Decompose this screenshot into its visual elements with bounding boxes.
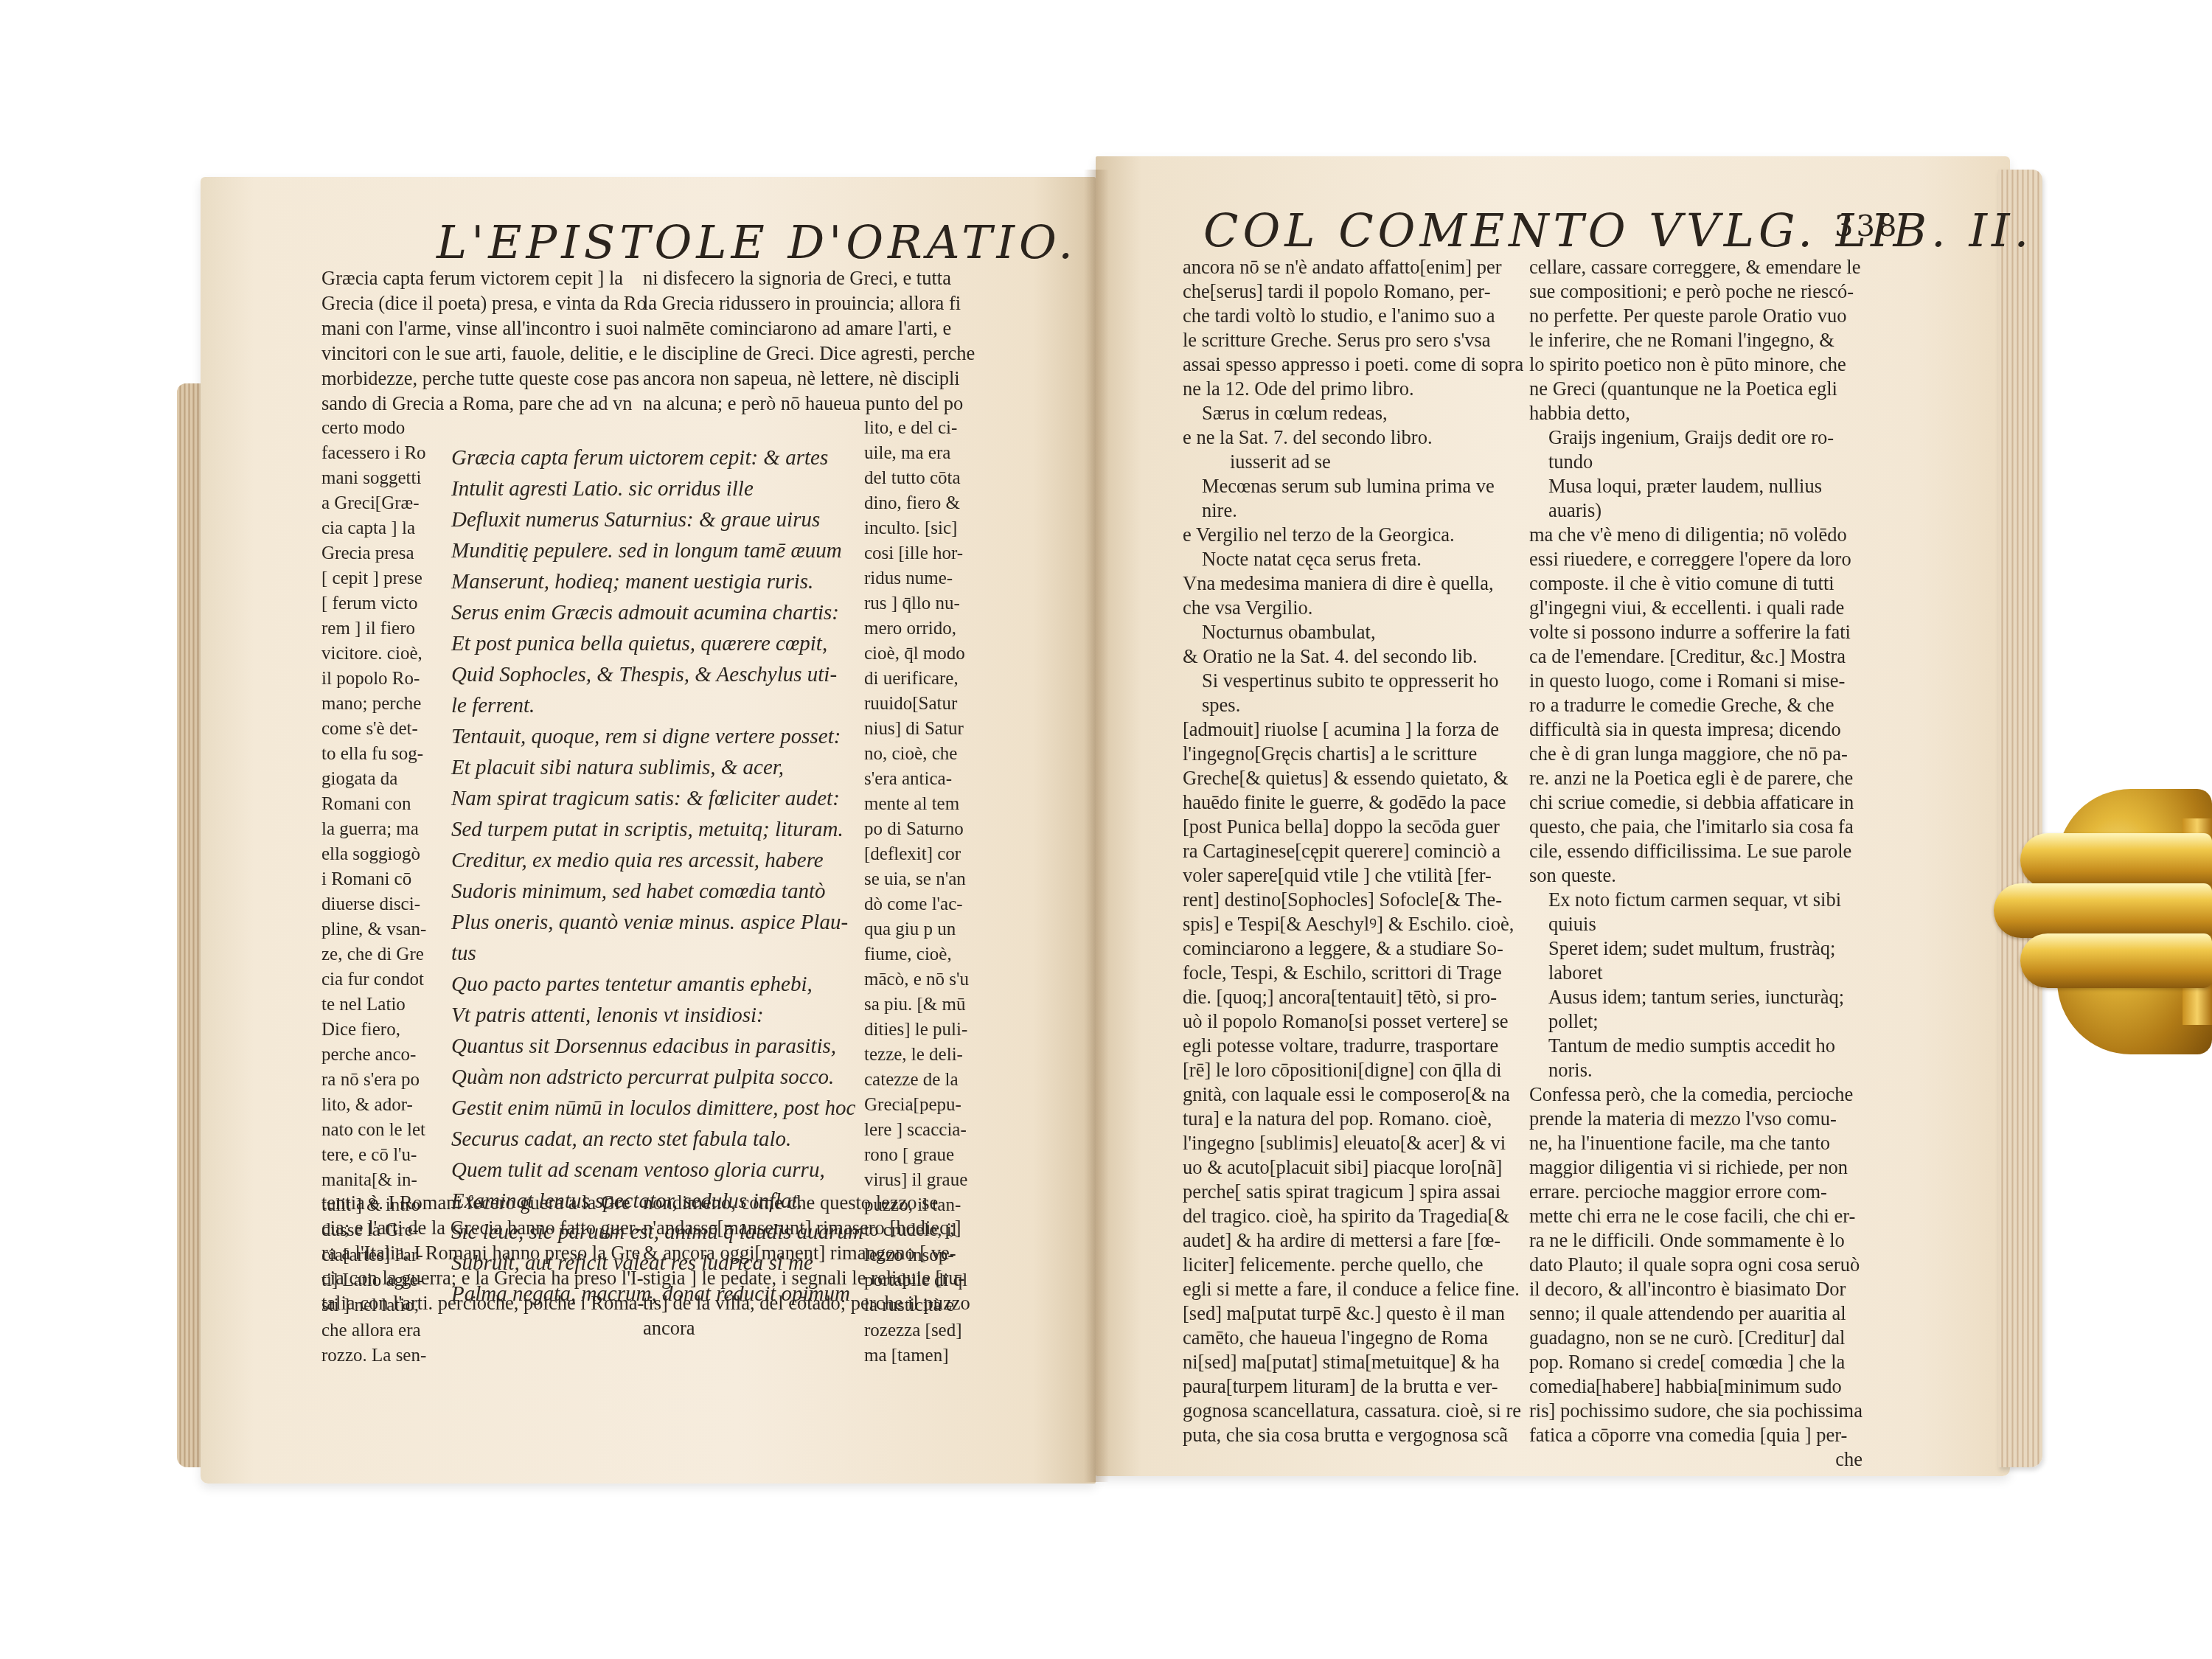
text-line: tus: [451, 938, 863, 969]
text-line: ze, che di Gre: [321, 942, 426, 967]
text-line: del tutto cōta: [864, 466, 969, 491]
text-line: Græcia capta ferum victorem cepit ] la: [321, 265, 647, 291]
text-line: questo, che paia, che l'imitarlo sia cos…: [1529, 815, 1863, 839]
text-line: che[serus] tardi il popolo Romano, per-: [1183, 279, 1523, 304]
text-line: noris.: [1529, 1058, 1863, 1082]
text-line: errare. percioche maggior errore com-: [1529, 1180, 1863, 1204]
text-line: Gestit enim nūmū in loculos dimittere, p…: [451, 1093, 863, 1124]
text-line: essi riuedere, e correggere l'opere da l…: [1529, 547, 1863, 571]
text-line: volte si possono indurre a sofferire la …: [1529, 620, 1863, 644]
text-line: mācò, e nō s'u: [864, 967, 969, 992]
text-line: ne la 12. Ode del primo libro.: [1183, 377, 1523, 401]
text-line: voler sapere[quid vtile ] che vtilità [f…: [1183, 863, 1523, 888]
left-verse-block: Græcia capta ferum uictorem cepit: & art…: [451, 442, 863, 1310]
text-line: talia con l'arti. percioche, poiche i Ro…: [321, 1290, 644, 1315]
text-line: catezze de la: [864, 1068, 969, 1093]
text-line: composte. il che è vitio comune di tutti: [1529, 571, 1863, 596]
text-line: po di Saturno: [864, 817, 969, 842]
text-line: egli potesse voltare, tradurre, trasport…: [1183, 1034, 1523, 1058]
text-line: auaris): [1529, 498, 1863, 523]
text-line: [admouit] riuolse [ acumina ] la forza d…: [1183, 717, 1523, 742]
text-line: spis] e Tespi[& Aeschylꝰ] & Eschilo. cio…: [1183, 912, 1523, 936]
text-line: no perfette. Per queste parole Oratio vu…: [1529, 304, 1863, 328]
text-line: te nel Latio: [321, 992, 426, 1018]
right-commentary-right-column: cellare, cassare correggere, & emendare …: [1529, 255, 1863, 1472]
text-line: son queste.: [1529, 863, 1863, 888]
text-line: cia fur condot: [321, 967, 426, 992]
text-line: cia; e l'arti de la Grecia hanno fatto g…: [321, 1215, 644, 1240]
text-line: hauēdo finite le guerre, & godēdo la pac…: [1183, 790, 1523, 815]
text-line: ni[sed] ma[putat] stima[metuitque] & ha: [1183, 1350, 1523, 1374]
text-line: [sed] ma[putat turpē &c.] questo è il ma…: [1183, 1301, 1523, 1326]
text-line: Græcia capta ferum uictorem cepit: & art…: [451, 442, 863, 473]
text-line: Musa loqui, præter laudem, nullius: [1529, 474, 1863, 498]
text-line: mero orrido,: [864, 616, 969, 641]
text-line: Munditię pepulere. sed in longum tamē æu…: [451, 535, 863, 566]
text-line: Grecia (dice il poeta) presa, e vinta da…: [321, 291, 647, 316]
text-line: Nocte natat cęca serus freta.: [1183, 547, 1523, 571]
open-book: L'EPISTOLE D'ORATIO. Græcia capta ferum …: [0, 0, 2212, 1659]
text-line: pline, & vsan-: [321, 917, 426, 942]
text-line: focle, Tespi, & Eschilo, scrittori di Tr…: [1183, 961, 1523, 985]
text-line: ruuido[Satur: [864, 692, 969, 717]
text-line: re. anzi ne la Poetica egli è de parere,…: [1529, 766, 1863, 790]
text-line: rem ] il fiero: [321, 616, 426, 641]
text-line: che: [1529, 1447, 1863, 1472]
text-line: ni disfecero la signoria de Greci, e tut…: [643, 265, 975, 291]
text-line: cia con la guerra; e la Grecia ha preso …: [321, 1265, 644, 1290]
text-line: il decoro, & all'incontro è biasimato Do…: [1529, 1277, 1863, 1301]
text-line: Quantus sit Dorsennus edacibus in parasi…: [451, 1031, 863, 1062]
text-line: la guerra; ma: [321, 817, 426, 842]
text-line: Ex noto fictum carmen sequar, vt sibi: [1529, 888, 1863, 912]
text-line: pollet;: [1529, 1009, 1863, 1034]
text-line: che allora era: [321, 1318, 426, 1343]
text-line: ridus nume-: [864, 566, 969, 591]
text-line: dities] le puli-: [864, 1018, 969, 1043]
left-commentary-top-right: ni disfecero la signoria de Greci, e tut…: [643, 265, 975, 416]
text-line: audet] & ha ardire di mettersi a fare [f…: [1183, 1228, 1523, 1253]
text-line: mente al tem: [864, 792, 969, 817]
text-line: sue compositioni; e però poche ne riescó…: [1529, 279, 1863, 304]
text-line: Dice fiero,: [321, 1018, 426, 1043]
text-line: Ausus idem; tantum series, iuncturàq;: [1529, 985, 1863, 1009]
text-line: la Grecia ridussero in prouincia; allora…: [643, 291, 975, 316]
text-line: uò il popolo Romano[si posset vertere] s…: [1183, 1009, 1523, 1034]
text-line: Et placuit sibi natura sublimis, & acer,: [451, 752, 863, 783]
text-line: & Oratio ne la Sat. 4. del secondo lib.: [1183, 644, 1523, 669]
text-line: s'era antica-: [864, 767, 969, 792]
text-line: manita[& in-: [321, 1168, 426, 1193]
text-line: nato con le let: [321, 1118, 426, 1143]
text-line: dato Plauto; il quale sopra ogni cosa se…: [1529, 1253, 1863, 1277]
text-line: sando di Grecia a Roma, pare che ad vn: [321, 391, 647, 416]
text-line: ancora nō se n'è andato affatto[enim] pe…: [1183, 255, 1523, 279]
left-commentary-bottom-right: nondimeno, come che questo lezzo sen'and…: [643, 1190, 970, 1340]
text-line: Si vespertinus subito te oppresserit ho: [1183, 669, 1523, 693]
text-line: assai spesso appresso i poeti. come di s…: [1183, 352, 1523, 377]
text-line: facessero i Ro: [321, 441, 426, 466]
text-line: Creditur, ex medio quia res arcessit, ha…: [451, 845, 863, 876]
text-line: n'andasse[manserunt] rimasero [hodieq;]: [643, 1215, 970, 1240]
text-line: certo modo: [321, 416, 426, 441]
text-line: ra a l'Italia. I Romani hanno preso la G…: [321, 1240, 644, 1265]
text-line: cile, essendo difficilissima. Le sue par…: [1529, 839, 1863, 863]
text-line: dino, fiero &: [864, 491, 969, 516]
page-number: 338: [1834, 209, 1899, 243]
text-line: no, cioè, che: [864, 742, 969, 767]
text-line: cosi [ille hor-: [864, 541, 969, 566]
text-line: mette chi erra ne le cose facili, che ch…: [1529, 1204, 1863, 1228]
text-line: tere, e cō l'u-: [321, 1143, 426, 1168]
right-commentary-left-column: ancora nō se n'è andato affatto[enim] pe…: [1183, 255, 1523, 1447]
gilt-hand-clip-icon: [1947, 759, 2212, 1069]
text-line: a Greci[Græ-: [321, 491, 426, 516]
text-line: le scritture Greche. Serus pro sero s'vs…: [1183, 328, 1523, 352]
text-line: laboret: [1529, 961, 1863, 985]
text-line: le discipline de Greci. Dice agresti, pe…: [643, 341, 975, 366]
text-line: [ ferum victo: [321, 591, 426, 616]
text-line: in questo luogo, come i Romani si mise-: [1529, 669, 1863, 693]
text-line: prende la materia di mezzo l'vso comu-: [1529, 1107, 1863, 1131]
text-line: egli si mette a fare, il conduce a felic…: [1183, 1277, 1523, 1301]
text-line: [ cepit ] prese: [321, 566, 426, 591]
text-line: che tardi voltò lo studio, e l'animo suo…: [1183, 304, 1523, 328]
text-line: ma che v'è meno di diligentia; nō volēdo: [1529, 523, 1863, 547]
text-line: ro a tradurre le comedie Greche, & che: [1529, 693, 1863, 717]
text-line: Graijs ingenium, Graijs dedit ore ro-: [1529, 425, 1863, 450]
text-line: Sudoris minimum, sed habet comœdia tantò: [451, 876, 863, 907]
text-line: difficultà sia in questa impresa; dicend…: [1529, 717, 1863, 742]
text-line: ca de l'emendare. [Creditur, &c.] Mostra: [1529, 644, 1863, 669]
text-line: gognosa scancellatura, cassatura. cioè, …: [1183, 1399, 1523, 1423]
text-line: lere ] scaccia-: [864, 1118, 969, 1143]
text-line: ma [tamen]: [864, 1343, 969, 1368]
text-line: habbia detto,: [1529, 401, 1863, 425]
text-line: le inferire, che ne Romani l'ingegno, &: [1529, 328, 1863, 352]
text-line: Intulit agresti Latio. sic orridus ille: [451, 473, 863, 504]
text-line: mano; perche: [321, 692, 426, 717]
text-line: Vna medesima maniera di dire è quella,: [1183, 571, 1523, 596]
text-line: Sed turpem putat in scriptis, metuitq; l…: [451, 814, 863, 845]
text-line: qua giu p un: [864, 917, 969, 942]
text-line: tentia è. I Romani fecero guera a la Gre: [321, 1190, 644, 1215]
text-line: [post Punica bella] doppo la secōda guer: [1183, 815, 1523, 839]
text-line: fatica a cōporre vna comedia [quia ] per…: [1529, 1423, 1863, 1447]
text-line: Manserunt, hodieq; manent uestigia ruris…: [451, 566, 863, 597]
text-line: perche[ satis spirat tragicum ] spira as…: [1183, 1180, 1523, 1204]
text-line: nire.: [1183, 498, 1523, 523]
text-line: nalmēte cominciarono ad amare l'arti, e: [643, 316, 975, 341]
text-line: Quid Sophocles, & Thespis, & Aeschylus u…: [451, 659, 863, 690]
text-line: cia capta ] la: [321, 516, 426, 541]
text-line: vincitori con le sue arti, fauole, delit…: [321, 341, 647, 366]
text-line: puta, che sia cosa brutta e vergognosa s…: [1183, 1423, 1523, 1447]
text-line: virus] il graue: [864, 1168, 969, 1193]
text-line: giogata da: [321, 767, 426, 792]
text-line: Romani con: [321, 792, 426, 817]
text-line: Confessa però, che la comedia, percioche: [1529, 1082, 1863, 1107]
text-line: [deflexit] cor: [864, 842, 969, 867]
text-line: se uia, se n'an: [864, 867, 969, 892]
text-line: rent] destino[Sophocles] Sofocle[& The-: [1183, 888, 1523, 912]
text-line: Grecia[pepu-: [864, 1093, 969, 1118]
text-line: del tragico. cioè, ha spirito da Tragedi…: [1183, 1204, 1523, 1228]
text-line: come s'è det-: [321, 717, 426, 742]
text-line: cellare, cassare correggere, & emendare …: [1529, 255, 1863, 279]
text-line: rus ] q̄llo nu-: [864, 591, 969, 616]
text-line: & ancora oggi[manent] rimangono [ ve-: [643, 1240, 970, 1265]
text-line: [rē] le loro cōpositioni[digne] con q̄ll…: [1183, 1058, 1523, 1082]
text-line: rozzo. La sen-: [321, 1343, 426, 1368]
text-line: perche anco-: [321, 1043, 426, 1068]
text-line: tura] e la natura del pop. Romano. cioè,: [1183, 1107, 1523, 1131]
text-line: che vsa Vergilio.: [1183, 596, 1523, 620]
text-line: Nocturnus obambulat,: [1183, 620, 1523, 644]
clip-finger: [2020, 933, 2212, 988]
text-line: inculto. [sic]: [864, 516, 969, 541]
text-line: e ne la Sat. 7. del secondo libro.: [1183, 425, 1523, 450]
text-line: Plus oneris, quantò veniæ minus. aspice …: [451, 907, 863, 938]
text-line: lo spirito poetico non è pūto minore, ch…: [1529, 352, 1863, 377]
text-line: Nam spirat tragicum satis: & fœliciter a…: [451, 783, 863, 814]
text-line: Særus in cœlum redeas,: [1183, 401, 1523, 425]
text-line: le ferrent.: [451, 690, 863, 721]
text-line: maggior diligentia vi si richiede, per n…: [1529, 1155, 1863, 1180]
text-line: nondimeno, come che questo lezzo se: [643, 1190, 970, 1215]
text-line: mani con l'arme, vinse all'incontro i su…: [321, 316, 647, 341]
text-line: Grecia presa: [321, 541, 426, 566]
text-line: il popolo Ro-: [321, 667, 426, 692]
text-line: camēto, che haueua l'ingegno de Roma: [1183, 1326, 1523, 1350]
text-line: quiuis: [1529, 912, 1863, 936]
text-line: ra ne le difficili. Onde sommamente è lo: [1529, 1228, 1863, 1253]
text-line: lito, & ador-: [321, 1093, 426, 1118]
text-line: tis] de la villa, del cōtado; perche il …: [643, 1290, 970, 1315]
text-line: to ella fu sog-: [321, 742, 426, 767]
text-line: stigia ] le pedate, i segnali le reliqui…: [643, 1265, 970, 1290]
text-line: Speret idem; sudet multum, frustràq;: [1529, 936, 1863, 961]
text-line: l'ingegno[Gręcis chartis] a le scritture: [1183, 742, 1523, 766]
text-line: Defluxit numerus Saturnius: & graue uiru…: [451, 504, 863, 535]
text-line: guadagno, non se ne curò. [Creditur] dal: [1529, 1326, 1863, 1350]
text-line: Quem tulit ad scenam ventoso gloria curr…: [451, 1155, 863, 1186]
text-line: liciter] felicemente. perche quello, che: [1183, 1253, 1523, 1277]
clip-finger: [1994, 883, 2212, 938]
book-gutter: [1084, 170, 1109, 1482]
text-line: uo & acuto[placuit sibi] piacque loro[nã…: [1183, 1155, 1523, 1180]
text-line: Quàm non adstricto percurrat pulpita soc…: [451, 1062, 863, 1093]
text-line: comedia[habere] habbia[minimum sudo: [1529, 1374, 1863, 1399]
text-line: chi scriue comedie, si debbia affaticare…: [1529, 790, 1863, 815]
text-line: senno; il quale attendendo per auaritia …: [1529, 1301, 1863, 1326]
text-line: Quo pacto partes tentetur amantis ephebi…: [451, 969, 863, 1000]
text-line: ancora: [643, 1315, 970, 1340]
text-line: lito, e del ci-: [864, 416, 969, 441]
text-line: gl'ingegni viui, & eccellenti. i quali r…: [1529, 596, 1863, 620]
text-line: ancora non sapeua, nè lettere, nè discip…: [643, 366, 975, 391]
text-line: mani soggetti: [321, 466, 426, 491]
text-line: morbidezze, perche tutte queste cose pas: [321, 366, 647, 391]
text-line: ne, ha l'inuentione facile, ma che tanto: [1529, 1131, 1863, 1155]
text-line: fiume, cioè,: [864, 942, 969, 967]
text-line: ra Cartaginese[cępit querere] cominciò a: [1183, 839, 1523, 863]
text-line: Greche[& quietus] & essendo quietato, &: [1183, 766, 1523, 790]
text-line: rono [ graue: [864, 1143, 969, 1168]
text-line: ra nō s'era po: [321, 1068, 426, 1093]
text-line: ella soggiogò: [321, 842, 426, 867]
text-line: Et post punica bella quietus, quærere cœ…: [451, 628, 863, 659]
text-line: e Vergilio nel terzo de la Georgica.: [1183, 523, 1523, 547]
text-line: Serus enim Græcis admouit acumina charti…: [451, 597, 863, 628]
text-line: sa piu. [& mū: [864, 992, 969, 1018]
text-line: ne Greci (quantunque ne la Poetica egli: [1529, 377, 1863, 401]
text-line: diuerse disci-: [321, 892, 426, 917]
clip-finger: [2020, 833, 2212, 888]
text-line: pop. Romano si crede[ comœdia ] che la: [1529, 1350, 1863, 1374]
text-line: ris] pochissimo sudore, che sia pochissi…: [1529, 1399, 1863, 1423]
text-line: die. [quoq;] ancora[tentauit] tētò, si p…: [1183, 985, 1523, 1009]
text-line: che è di gran lunga maggiore, che nō pa-: [1529, 742, 1863, 766]
left-commentary-bottom-left: tentia è. I Romani fecero guera a la Gre…: [321, 1190, 644, 1315]
text-line: spes.: [1183, 693, 1523, 717]
text-line: i Romani cō: [321, 867, 426, 892]
left-running-head: L'EPISTOLE D'ORATIO.: [437, 215, 1077, 269]
text-line: nius] di Satur: [864, 717, 969, 742]
left-page-edges: [177, 383, 202, 1467]
text-line: l'ingegno [sublimis] eleuato[& acer] & v…: [1183, 1131, 1523, 1155]
text-line: di uerificare,: [864, 667, 969, 692]
left-commentary-top-left: Græcia capta ferum victorem cepit ] laGr…: [321, 265, 647, 416]
text-line: Tantum de medio sumptis accedit ho: [1529, 1034, 1863, 1058]
text-line: tezze, le deli-: [864, 1043, 969, 1068]
text-line: na alcuna; e però nō haueua punto del po: [643, 391, 975, 416]
text-line: paura[turpem lituram] de la brutta e ver…: [1183, 1374, 1523, 1399]
text-line: Securus cadat, an recto stet fabula talo…: [451, 1124, 863, 1155]
text-line: cominciarono a leggere, & a studiare So-: [1183, 936, 1523, 961]
text-line: cioè, q̄l modo: [864, 641, 969, 667]
right-running-head: COL COMENTO VVLG. LIB. II.: [1203, 204, 2033, 257]
text-line: dò come l'ac-: [864, 892, 969, 917]
text-line: tundo: [1529, 450, 1863, 474]
text-line: Mecœnas serum sub lumina prima ve: [1183, 474, 1523, 498]
text-line: gnità, con laquale essi le composero[& n…: [1183, 1082, 1523, 1107]
text-line: Tentauit, quoque, rem si digne vertere p…: [451, 721, 863, 752]
text-line: uile, ma era: [864, 441, 969, 466]
text-line: iusserit ad se: [1183, 450, 1523, 474]
text-line: vicitore. cioè,: [321, 641, 426, 667]
text-line: Vt patris attenti, lenonis vt insidiosi:: [451, 1000, 863, 1031]
